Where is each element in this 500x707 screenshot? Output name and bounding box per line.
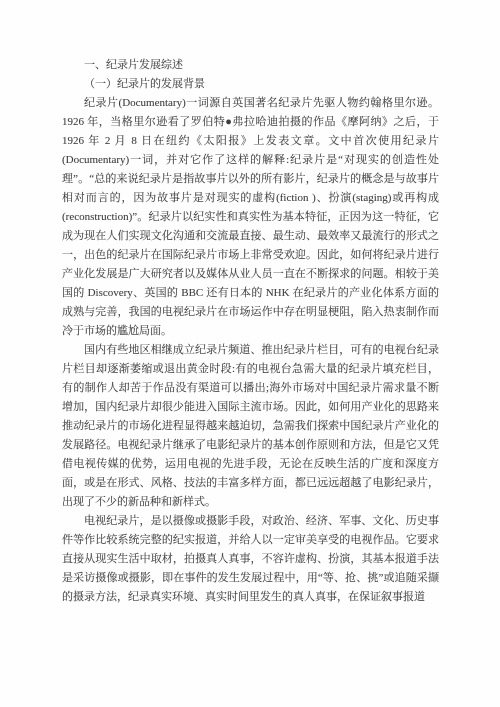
paragraph-2: 国内有些地区相继成立纪录片频道、推出纪录片栏目，可有的电视台纪录片栏目却逐渐萎缩… (62, 341, 439, 512)
document-body: 一、纪录片发展综述 （一）纪录片的发展背景 纪录片(Documentary)一词… (62, 56, 439, 607)
paragraph-3: 电视纪录片，是以摄像或摄影手段，对政治、经济、军事、文化、历史事件等作比较系统完… (62, 512, 439, 607)
paragraph-1: 纪录片(Documentary)一词源自英国著名纪录片先驱人物约翰格里尔逊。19… (62, 94, 439, 341)
document-page: 一、纪录片发展综述 （一）纪录片的发展背景 纪录片(Documentary)一词… (0, 0, 500, 707)
section-heading: 一、纪录片发展综述 (62, 56, 439, 75)
section-subheading: （一）纪录片的发展背景 (62, 75, 439, 94)
